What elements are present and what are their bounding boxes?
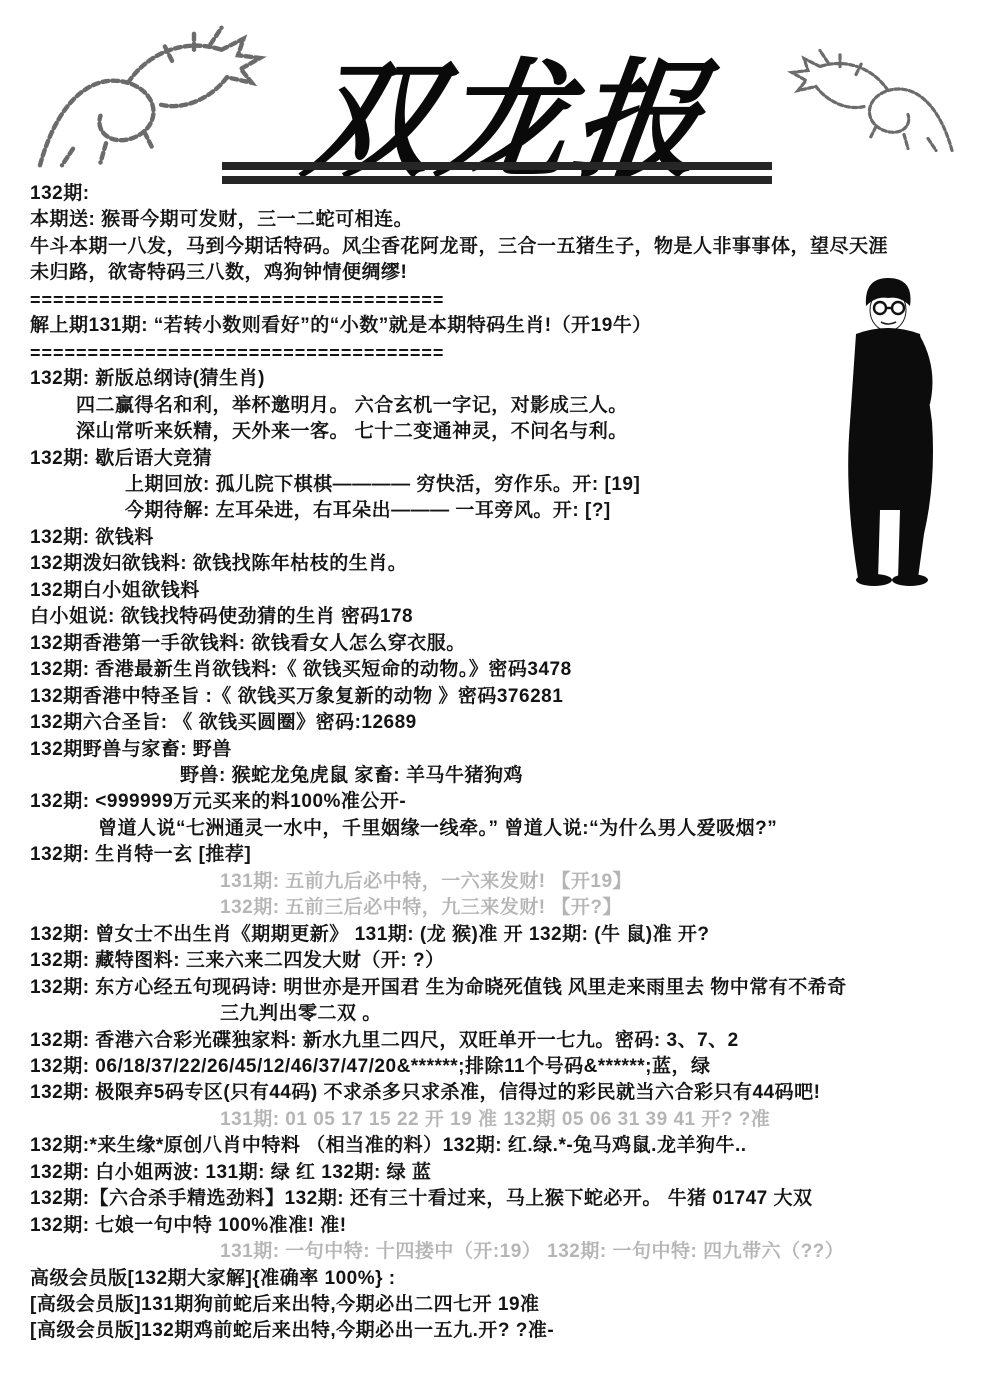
text-line: 132期:【六合杀手精选劲料】132期: 还有三十看过来，马上猴下蛇必开。 牛猪… bbox=[30, 1186, 987, 1212]
text-line: 132期香港中特圣旨 :《 欲钱买万象复新的动物 》密码376281 bbox=[30, 684, 987, 710]
dragon-right-icon bbox=[768, 22, 968, 187]
text-line: 132期: <999999万元买来的料100%准公开- bbox=[30, 789, 987, 815]
text-line: 未归路，欲寄特码三八数，鸡狗钟情便绸缪! bbox=[30, 260, 987, 286]
dragon-left-icon bbox=[18, 22, 293, 182]
section-heading: 132期: 欲钱料 bbox=[30, 525, 987, 551]
text-line: 132期香港第一手欲钱料: 欲钱看女人怎么穿衣服。 bbox=[30, 631, 987, 657]
riddle-line: 今期待解: 左耳朵进，右耳朵出——— 一耳旁风。开: [?] bbox=[30, 498, 987, 524]
riddle-line: 上期回放: 孤儿院下棋棋———— 穷快活，穷作乐。开: [19] bbox=[30, 472, 987, 498]
result-line: 131期: 五前九后必中特，一六来发财! 【开19】 bbox=[30, 869, 987, 895]
vip-line: [高级会员版]132期鸡前蛇后来出特,今期必出一五九.开? ?准- bbox=[30, 1318, 987, 1344]
vip-heading: 高级会员版[132期大家解]{准确率 100%} : bbox=[30, 1266, 987, 1292]
separator-line: ==================================== bbox=[30, 340, 987, 366]
text-line: 132期泼妇欲钱料: 欲钱找陈年枯枝的生肖。 bbox=[30, 551, 987, 577]
section-heading: 132期白小姐欲钱料 bbox=[30, 578, 987, 604]
separator-line: ==================================== bbox=[30, 287, 987, 313]
result-line: 131期: 一句中特: 十四搂中（开:19） 132期: 一句中特: 四九带六（… bbox=[30, 1239, 987, 1265]
text-line: 132期六合圣旨: 《 欲钱买圆圈》密码:12689 bbox=[30, 710, 987, 736]
result-line: 132期: 五前三后必中特，九三来发财! 【开?】 bbox=[30, 895, 987, 921]
section-heading: 132期: 新版总纲诗(猜生肖) bbox=[30, 366, 987, 392]
page-title: 双龙报 bbox=[295, 18, 720, 202]
newspaper-page: 双龙报 132期: 本期送: 猴哥今期可发财，三一二蛇可相连。 牛斗 bbox=[0, 0, 991, 1388]
masthead: 双龙报 bbox=[0, 0, 991, 185]
text-line: 本期送: 猴哥今期可发财，三一二蛇可相连。 bbox=[30, 207, 987, 233]
section-heading: 132期野兽与家畜: 野兽 bbox=[30, 737, 987, 763]
text-line: 白小姐说: 欲钱找特码使劲猜的生肖 密码178 bbox=[30, 604, 987, 630]
poem-line: 三九判出零二双 。 bbox=[30, 1001, 987, 1027]
zodiac-list: 野兽: 猴蛇龙兔虎鼠 家畜: 羊马牛猪狗鸡 bbox=[30, 763, 987, 789]
text-line: 132期: 香港最新生肖欲钱料:《 欲钱买短命的动物。》密码3478 bbox=[30, 657, 987, 683]
text-line: 132期: 曾女士不出生肖《期期更新》 131期: (龙 猴)准 开 132期:… bbox=[30, 922, 987, 948]
text-line: 132期: 香港六合彩光碟独家料: 新水九里二四尺，双旺单开一七九。密码: 3、… bbox=[30, 1028, 987, 1054]
text-line: 132期:*来生缘*原创八肖中特料 （相当准的料）132期: 红.绿.*-兔马鸡… bbox=[30, 1133, 987, 1159]
title-underline-top bbox=[222, 162, 772, 170]
text-line: 132期: 东方心经五句现码诗: 明世亦是开国君 生为命晓死值钱 风里走来雨里去… bbox=[30, 975, 987, 1001]
section-heading: 132期: 生肖特一玄 [推荐] bbox=[30, 842, 987, 868]
section-heading: 132期: 歇后语大竞猜 bbox=[30, 446, 987, 472]
poem-line: 四二赢得名和利，举杯邀明月。 六合玄机一字记，对影成三人。 bbox=[30, 393, 987, 419]
numbers-line: 132期: 06/18/37/22/26/45/12/46/37/47/20&*… bbox=[30, 1054, 987, 1080]
text-line: 132期: 极限弃5码专区(只有44码) 不求杀多只求杀准，信得过的彩民就当六合… bbox=[30, 1080, 987, 1106]
poem-line: 深山常听来妖精，天外来一客。 七十二变通神灵，不问名与利。 bbox=[30, 419, 987, 445]
body-text: 132期: 本期送: 猴哥今期可发财，三一二蛇可相连。 牛斗本期一八发，马到今期… bbox=[30, 181, 987, 1345]
result-line: 131期: 01 05 17 15 22 开 19 准 132期 05 06 3… bbox=[30, 1107, 987, 1133]
previous-issue-note: 解上期131期: “若转小数则看好”的“小数”就是本期特码生肖!（开19牛） bbox=[30, 313, 987, 339]
quote-line: 曾道人说“七洲通灵一水中，千里姻缘一线牵。” 曾道人说:“为什么男人爱吸烟?” bbox=[30, 816, 987, 842]
text-line: 牛斗本期一八发，马到今期话特码。风尘香花阿龙哥，三合一五猪生子，物是人非事事体，… bbox=[30, 234, 987, 260]
vip-line: [高级会员版]131期狗前蛇后来出特,今期必出二四七开 19准 bbox=[30, 1292, 987, 1318]
text-line: 132期: 七娘一句中特 100%准准! 准! bbox=[30, 1213, 987, 1239]
text-line: 132期: 白小姐两波: 131期: 绿 红 132期: 绿 蓝 bbox=[30, 1160, 987, 1186]
text-line: 132期: 藏特图料: 三来六来二四发大财（开: ?） bbox=[30, 948, 987, 974]
issue-heading: 132期: bbox=[30, 181, 987, 207]
